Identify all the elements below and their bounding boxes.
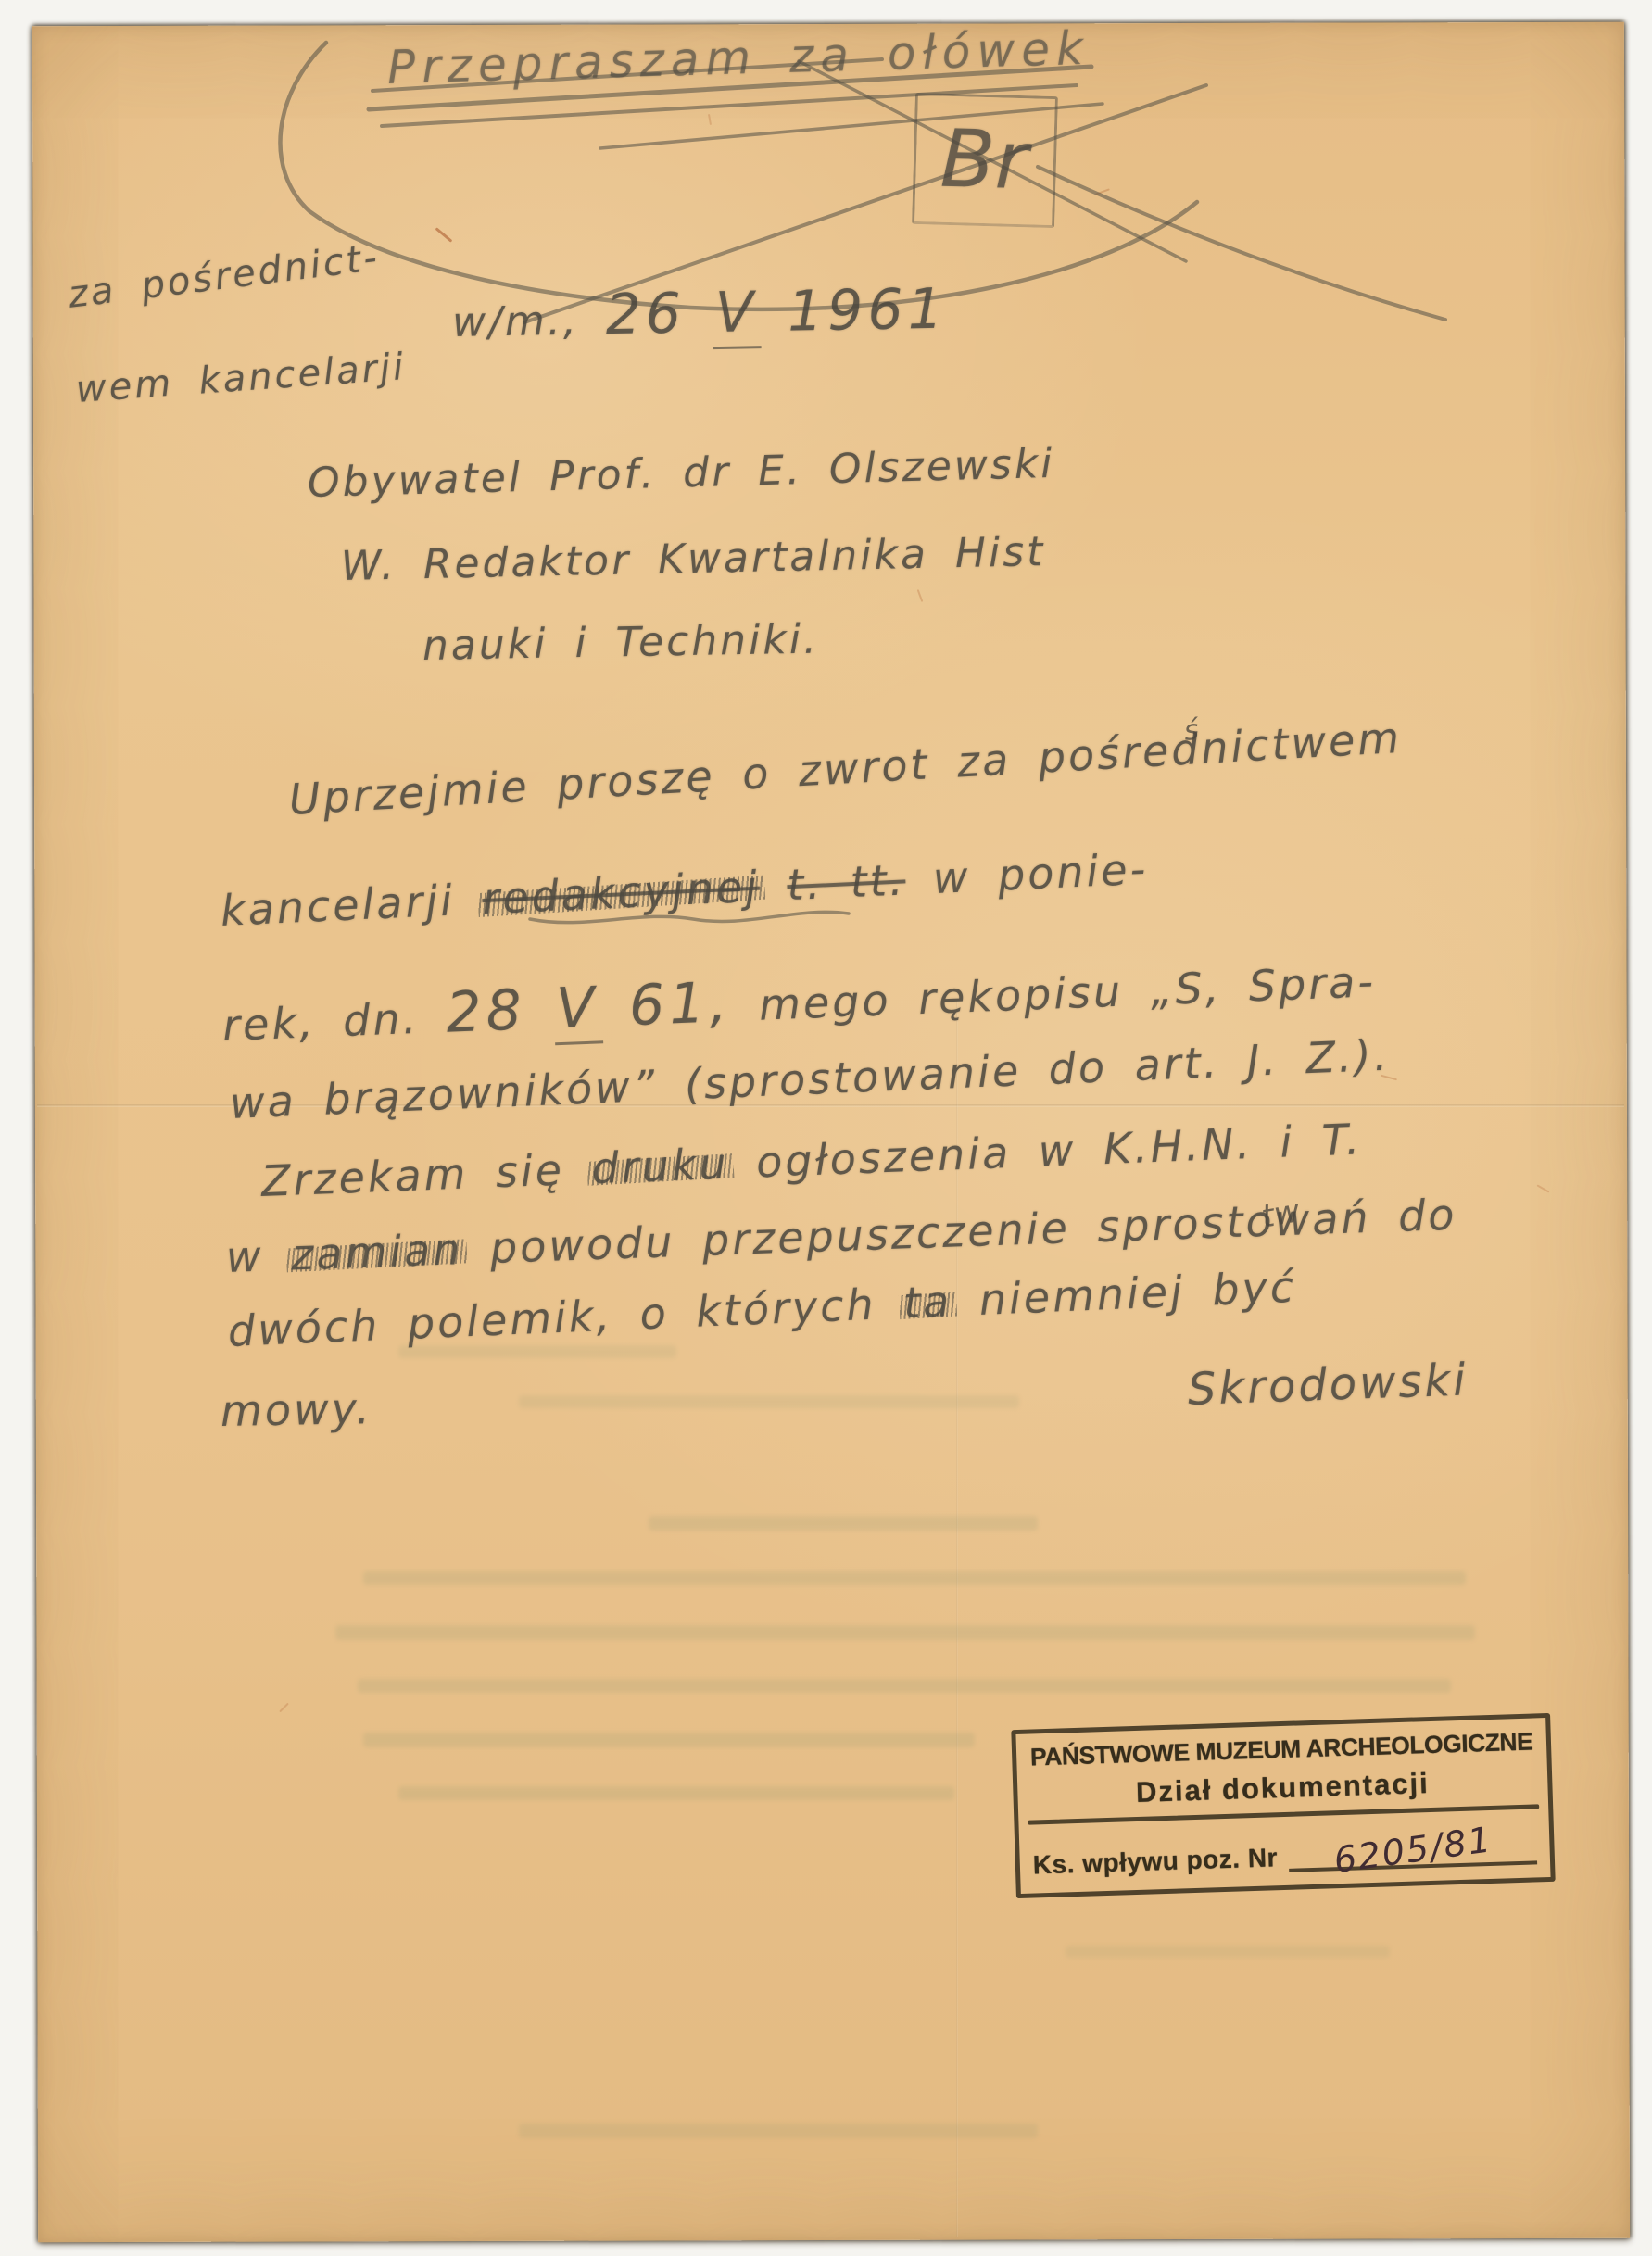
body-line-2-struck-word-2: t. tt. xyxy=(786,854,906,910)
dateline-month-roman-numeral: V xyxy=(712,280,761,349)
body-line-3-year: 61, xyxy=(628,970,733,1039)
body-line-3-day: 28 xyxy=(445,977,527,1045)
stamp-department: Dział dokumentacji xyxy=(1028,1763,1537,1812)
body-line-7-struck-word: ta xyxy=(902,1276,952,1328)
body-line-7-text-c: być xyxy=(1211,1262,1297,1316)
museum-stamp: PAŃSTWOWE MUZEUM ARCHEOLOGICZNE Dział do… xyxy=(1011,1713,1555,1898)
bleed-through-line xyxy=(398,1786,954,1800)
bleed-through-line xyxy=(649,1516,1038,1531)
bleed-through-line xyxy=(335,1625,1475,1640)
body-line-3-text-a: rek, dn. xyxy=(221,993,420,1051)
bleed-through-line xyxy=(519,2124,1038,2138)
bleed-through-line xyxy=(358,1679,1451,1693)
bleed-through-line xyxy=(363,1571,1466,1585)
dateline-place: w/m., xyxy=(452,297,580,347)
body-line-2-text-a: kancelarji xyxy=(220,876,456,936)
scanned-letter: Przepraszam za ołówek Br za pośrednict- … xyxy=(0,0,1652,2256)
stamp-entry-number-line: 6205/81 xyxy=(1288,1820,1537,1872)
corner-mark-box: Br xyxy=(912,93,1058,228)
dateline-day: 26 xyxy=(605,282,687,347)
signature: Skrodowski xyxy=(1187,1354,1469,1416)
body-line-8: mowy. xyxy=(221,1383,373,1436)
body-line-7-text-b: niemniej xyxy=(978,1267,1186,1325)
dateline-year: 1961 xyxy=(787,277,948,345)
recipient-line-3: nauki i Techniki. xyxy=(422,616,820,670)
body-line-3-month-roman-numeral: V xyxy=(552,975,603,1045)
stamp-entry-label: Ks. wpływu poz. Nr xyxy=(1032,1843,1278,1880)
bleed-through-line xyxy=(1066,1946,1390,1958)
stamp-entry-number-handwritten: 6205/81 xyxy=(1331,1819,1494,1881)
body-line-6-struck-word: zamian xyxy=(290,1224,463,1279)
dateline: w/m., 26 V 1961 xyxy=(451,277,948,350)
body-line-7-insertion: tw xyxy=(1259,1192,1303,1236)
vertical-fold-crease xyxy=(956,1001,958,2237)
body-line-5-struck-word: druku xyxy=(591,1139,730,1194)
bleed-through-line xyxy=(363,1733,975,1747)
body-line-1-insertion: ś xyxy=(1182,713,1200,747)
bleed-through-line xyxy=(519,1395,1019,1408)
stamp-entry-row: Ks. wpływu poz. Nr 6205/81 xyxy=(1030,1820,1539,1880)
body-line-2-text-b: w ponie- xyxy=(932,844,1150,903)
body-line-6-text-a: w xyxy=(225,1231,264,1282)
corner-mark-text: Br xyxy=(939,113,1029,208)
